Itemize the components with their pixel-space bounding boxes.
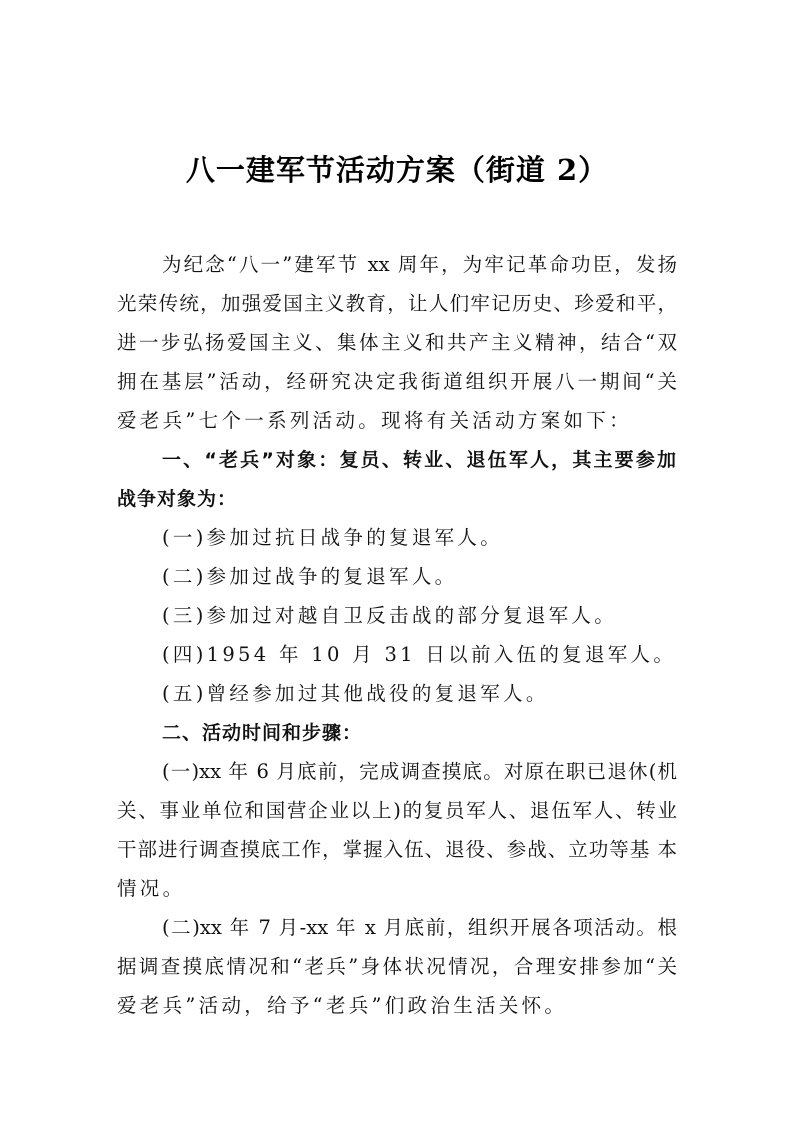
section-heading-line: 战争对象为： <box>117 487 677 511</box>
paragraph-line: 关、事业单位和国营企业以上)的复员军人、退伍军人、转业 <box>117 799 677 823</box>
paragraph-line: 爱老兵”七个一系列活动。现将有关活动方案如下： <box>117 409 677 433</box>
document-title: 八一建军节活动方案（街道 2） <box>0 148 794 189</box>
paragraph-line: (五)曾经参加过其他战役的复退军人。 <box>162 682 677 706</box>
paragraph-line: 干部进行调查摸底工作，掌握入伍、退役、参战、立功等基 本 <box>117 838 677 862</box>
paragraph-line: (四)1954 年 10 月 31 日以前入伍的复退军人。 <box>162 643 677 667</box>
paragraph-line: (一)参加过抗日战争的复退军人。 <box>162 526 677 550</box>
paragraph-line: (二)参加过战争的复退军人。 <box>162 565 677 589</box>
document-page: 八一建军节活动方案（街道 2） 为纪念“八一”建军节 xx 周年，为牢记革命功臣… <box>0 0 794 1122</box>
paragraph-line: 据调查摸底情况和“老兵”身体状况情况，合理安排参加“关 <box>117 955 677 979</box>
paragraph-line: 光荣传统，加强爱国主义教育，让人们牢记历史、珍爱和平， <box>117 292 677 316</box>
section-heading-line: 一、“老兵”对象：复员、转业、退伍军人，其主要参加 <box>162 448 677 472</box>
section-heading-line: 二、活动时间和步骤： <box>162 721 677 745</box>
paragraph-line: (三)参加过对越自卫反击战的部分复退军人。 <box>162 604 677 628</box>
paragraph-line: 情况。 <box>117 877 677 901</box>
paragraph-line: (二)xx 年 7 月-xx 年 x 月底前，组织开展各项活动。根 <box>162 916 677 940</box>
paragraph-line: 爱老兵”活动，给予“老兵”们政治生活关怀。 <box>117 994 677 1018</box>
paragraph-line: (一)xx 年 6 月底前，完成调查摸底。对原在职已退休(机 <box>162 760 677 784</box>
paragraph-line: 为纪念“八一”建军节 xx 周年，为牢记革命功臣，发扬 <box>162 253 677 277</box>
paragraph-line: 拥在基层”活动，经研究决定我街道组织开展八一期间“关 <box>117 370 677 394</box>
paragraph-line: 进一步弘扬爱国主义、集体主义和共产主义精神，结合“双 <box>117 331 677 355</box>
